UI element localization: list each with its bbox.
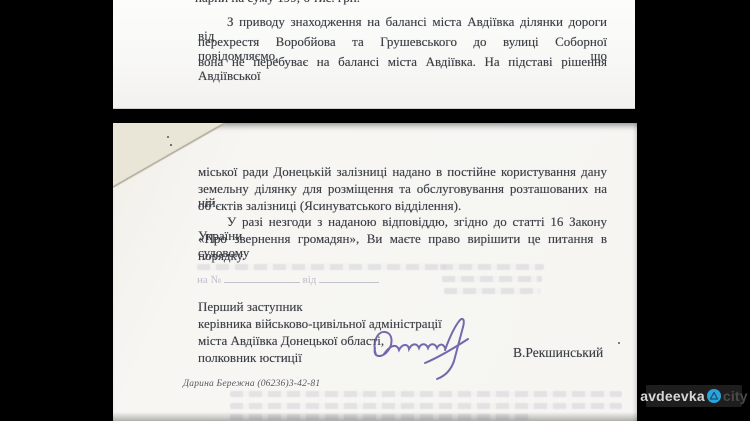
body-text-line: порядку.: [198, 249, 607, 263]
signer-name: В.Рекшинський: [513, 345, 603, 361]
scan-speck: [170, 144, 172, 146]
blank-rule: [319, 273, 379, 283]
clipped-text-line: нарни на суму 199, 6 тис. грн.: [195, 0, 615, 5]
body-text-line: вона не перебуває на балансі міста Авдії…: [198, 55, 607, 83]
avdeevka-city-logo-icon: [707, 389, 721, 403]
watermark-site-name: avdeevka: [640, 388, 705, 404]
executor-contact-line: Дарина Бережна (06236)3-42-81: [183, 379, 320, 389]
bleed-through-text: [197, 264, 445, 270]
signer-title-line: Перший заступник: [198, 300, 607, 314]
handwritten-signature: [369, 317, 485, 381]
bleed-through-text: [444, 288, 540, 294]
bleed-through-text: [440, 264, 544, 270]
reference-number-stub: на № від: [197, 273, 379, 286]
watermark-avdeevka-city: avdeevka city: [646, 385, 742, 407]
scanned-letter-fragment-top: нарни на суму 199, 6 тис. грн. З приводу…: [113, 0, 635, 109]
bleed-through-text: [230, 403, 622, 409]
reference-from-label: від: [303, 274, 317, 286]
bleed-through-text: [230, 391, 622, 397]
scanned-letter-page-bottom: міської ради Донецькій залізниці надано …: [113, 123, 637, 421]
bleed-through-text: [442, 276, 542, 282]
body-text-line: об’єктів залізниці (Ясинуватського відді…: [198, 199, 607, 213]
body-text-line: міської ради Донецькій залізниці надано …: [198, 165, 607, 179]
scan-speck: [618, 342, 620, 344]
reference-no-label: на №: [197, 274, 221, 286]
blank-rule: [224, 273, 300, 283]
watermark-site-suffix: city: [723, 388, 748, 404]
bleed-through-text: [230, 414, 530, 420]
scan-speck: [167, 136, 169, 138]
